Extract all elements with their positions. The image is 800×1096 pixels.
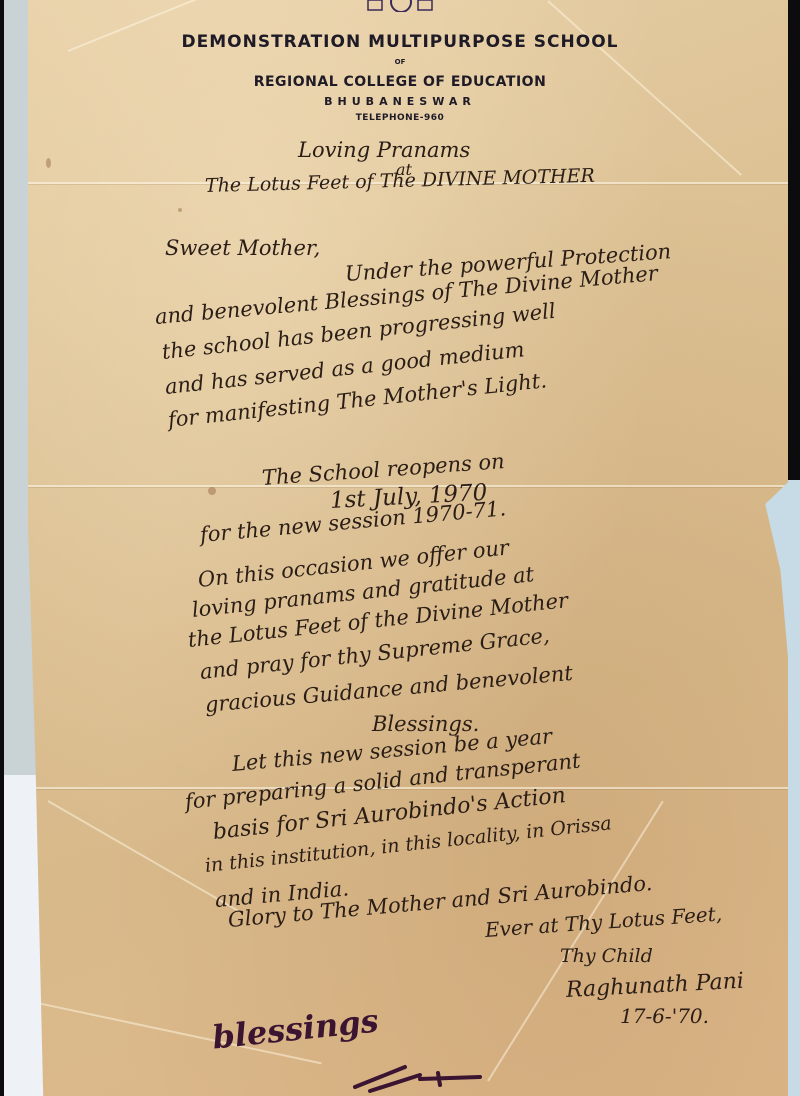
signature-date: 17-6-'70.: [620, 1004, 709, 1028]
letterhead-of: OF: [0, 58, 800, 66]
heading-line-1: Loving Pranams: [298, 138, 470, 162]
initial-mark-icon: [350, 1055, 490, 1095]
closing-line-2: Thy Child: [560, 945, 653, 967]
school-emblem-icon: [366, 0, 436, 12]
letterhead-school-name: DEMONSTRATION MULTIPURPOSE SCHOOL: [0, 32, 800, 52]
letterhead-city: BHUBANESWAR: [0, 95, 800, 108]
stain: [208, 487, 216, 495]
letterhead-college-name: REGIONAL COLLEGE OF EDUCATION: [0, 74, 800, 90]
stain: [46, 158, 51, 168]
salutation: Sweet Mother,: [165, 236, 320, 260]
stain: [178, 208, 182, 212]
letterhead-telephone: TELEPHONE-960: [0, 113, 800, 123]
